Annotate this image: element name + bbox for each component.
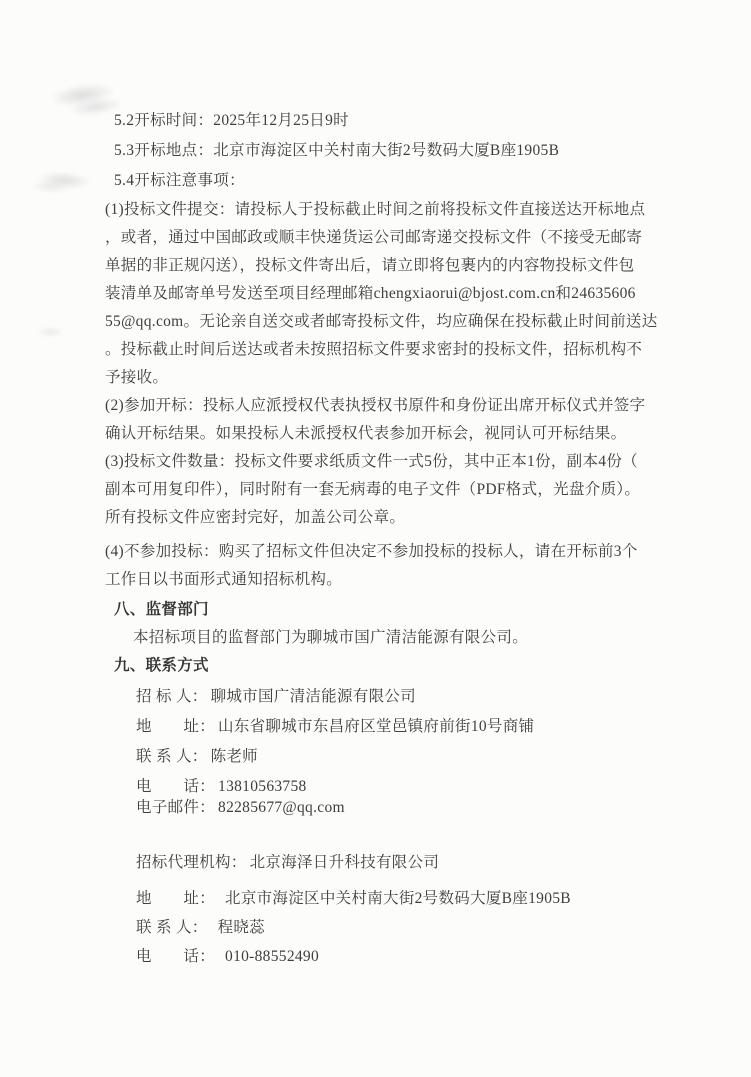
- contact-label: 电子邮件：: [136, 794, 215, 822]
- contact-label: 联 系 人：: [136, 913, 208, 942]
- contact-value: 010-88552490: [215, 942, 319, 971]
- contact-label: 地 址：: [136, 884, 215, 913]
- note-line: (2)参加开标：投标人应派授权代表执授权书原件和身份证出席开标仪式并签字: [105, 392, 665, 420]
- scanned-tender-document-page: 5.2开标时间：2025年12月25日9时 5.3开标地点：北京市海淀区中关村南…: [0, 0, 751, 1077]
- note-line: (1)投标文件提交：请投标人于投标截止时间之前将投标文件直接送达开标地点: [105, 196, 665, 224]
- contact-row-person: 联 系 人： 程晓蕊: [136, 913, 571, 942]
- contact-row-tenderer: 招 标 人： 聊城市国广清洁能源有限公司: [136, 682, 534, 712]
- note-line: 单据的非正规闪送），投标文件寄出后，请立即将包裹内的内容物投标文件包: [105, 252, 665, 280]
- clause-bid-opening-time: 5.2开标时间：2025年12月25日9时: [114, 106, 559, 136]
- note-line: 所有投标文件应密封完好，加盖公司公章。: [105, 504, 665, 532]
- section-supervision-title: 八、监督部门: [114, 596, 209, 624]
- note-line: ，或者，通过中国邮政或顺丰快递货运公司邮寄递交投标文件（不接受无邮寄: [105, 224, 665, 252]
- note-bid-submission: (1)投标文件提交：请投标人于投标截止时间之前将投标文件直接送达开标地点 ，或者…: [105, 196, 665, 392]
- contact-value: 82285677@qq.com: [215, 794, 345, 822]
- note-line: 装清单及邮寄单号发送至项目经理邮箱chengxiaorui@bjost.com.…: [105, 280, 665, 308]
- contact-row-person: 联 系 人： 陈老师: [136, 742, 534, 772]
- clause-bid-opening-notices: 5.4开标注意事项：: [114, 166, 559, 196]
- bid-opening-clauses: 5.2开标时间：2025年12月25日9时 5.3开标地点：北京市海淀区中关村南…: [114, 106, 559, 196]
- contact-value: 陈老师: [208, 742, 258, 772]
- note-attend-opening: (2)参加开标：投标人应派授权代表执授权书原件和身份证出席开标仪式并签字 确认开…: [105, 392, 665, 448]
- section-contact-title: 九、联系方式: [114, 652, 209, 680]
- tenderer-contact-block: 招 标 人： 聊城市国广清洁能源有限公司 地 址： 山东省聊城市东昌府区堂邑镇府…: [136, 682, 534, 802]
- note-line: 予接收。: [105, 364, 665, 392]
- note-line: 副本可用复印件），同时附有一套无病毒的电子文件（PDF格式，光盘介质）。: [105, 476, 665, 504]
- contact-label: 招 标 人：: [136, 682, 208, 712]
- contact-label: 招标代理机构：: [136, 849, 247, 877]
- contact-label: 联 系 人：: [136, 742, 208, 772]
- contact-value: 程晓蕊: [208, 913, 265, 942]
- scan-smudge: [24, 159, 97, 205]
- scan-smudge: [34, 322, 68, 342]
- contact-row-email: 电子邮件： 82285677@qq.com: [136, 794, 345, 822]
- contact-value: 聊城市国广清洁能源有限公司: [208, 682, 416, 712]
- contact-value: 北京海泽日升科技有限公司: [247, 849, 440, 877]
- section-supervision-body: 本招标项目的监督部门为聊城市国广清洁能源有限公司。: [133, 624, 528, 652]
- contact-row-agency: 招标代理机构： 北京海泽日升科技有限公司: [136, 849, 439, 877]
- section-heading: 九、联系方式: [114, 652, 209, 680]
- contact-value: 山东省聊城市东昌府区堂邑镇府前街10号商铺: [215, 712, 534, 742]
- contact-value: 北京市海淀区中关村南大街2号数码大厦B座1905B: [215, 884, 571, 913]
- contact-row-phone: 电 话： 010-88552490: [136, 942, 571, 971]
- agency-contact-block: 地 址： 北京市海淀区中关村南大街2号数码大厦B座1905B 联 系 人： 程晓…: [136, 884, 571, 971]
- section-heading: 八、监督部门: [114, 596, 209, 624]
- clause-bid-opening-place: 5.3开标地点：北京市海淀区中关村南大街2号数码大厦B座1905B: [114, 136, 559, 166]
- agency-head-row: 招标代理机构： 北京海泽日升科技有限公司: [136, 849, 439, 877]
- contact-row-address: 地 址： 北京市海淀区中关村南大街2号数码大厦B座1905B: [136, 884, 571, 913]
- contact-row-address: 地 址： 山东省聊城市东昌府区堂邑镇府前街10号商铺: [136, 712, 534, 742]
- note-line: (3)投标文件数量：投标文件要求纸质文件一式5份，其中正本1份，副本4份（: [105, 448, 665, 476]
- contact-label: 电 话：: [136, 942, 215, 971]
- note-line: 工作日以书面形式通知招标机构。: [105, 566, 665, 594]
- contact-label: 地 址：: [136, 712, 215, 742]
- note-line: 确认开标结果。如果投标人未派授权代表参加开标会，视同认可开标结果。: [105, 420, 665, 448]
- note-line: 。投标截止时间后送达或者未按照招标文件要求密封的投标文件，招标机构不: [105, 336, 665, 364]
- tenderer-email-row: 电子邮件： 82285677@qq.com: [136, 794, 345, 822]
- note-line: 55@qq.com。无论亲自送交或者邮寄投标文件，均应确保在投标截止时间前送达: [105, 308, 665, 336]
- supervision-body-text: 本招标项目的监督部门为聊城市国广清洁能源有限公司。: [133, 624, 528, 652]
- note-non-participation: (4)不参加投标：购买了招标文件但决定不参加投标的投标人，请在开标前3个 工作日…: [105, 538, 665, 594]
- note-line: (4)不参加投标：购买了招标文件但决定不参加投标的投标人，请在开标前3个: [105, 538, 665, 566]
- note-document-quantity: (3)投标文件数量：投标文件要求纸质文件一式5份，其中正本1份，副本4份（ 副本…: [105, 448, 665, 532]
